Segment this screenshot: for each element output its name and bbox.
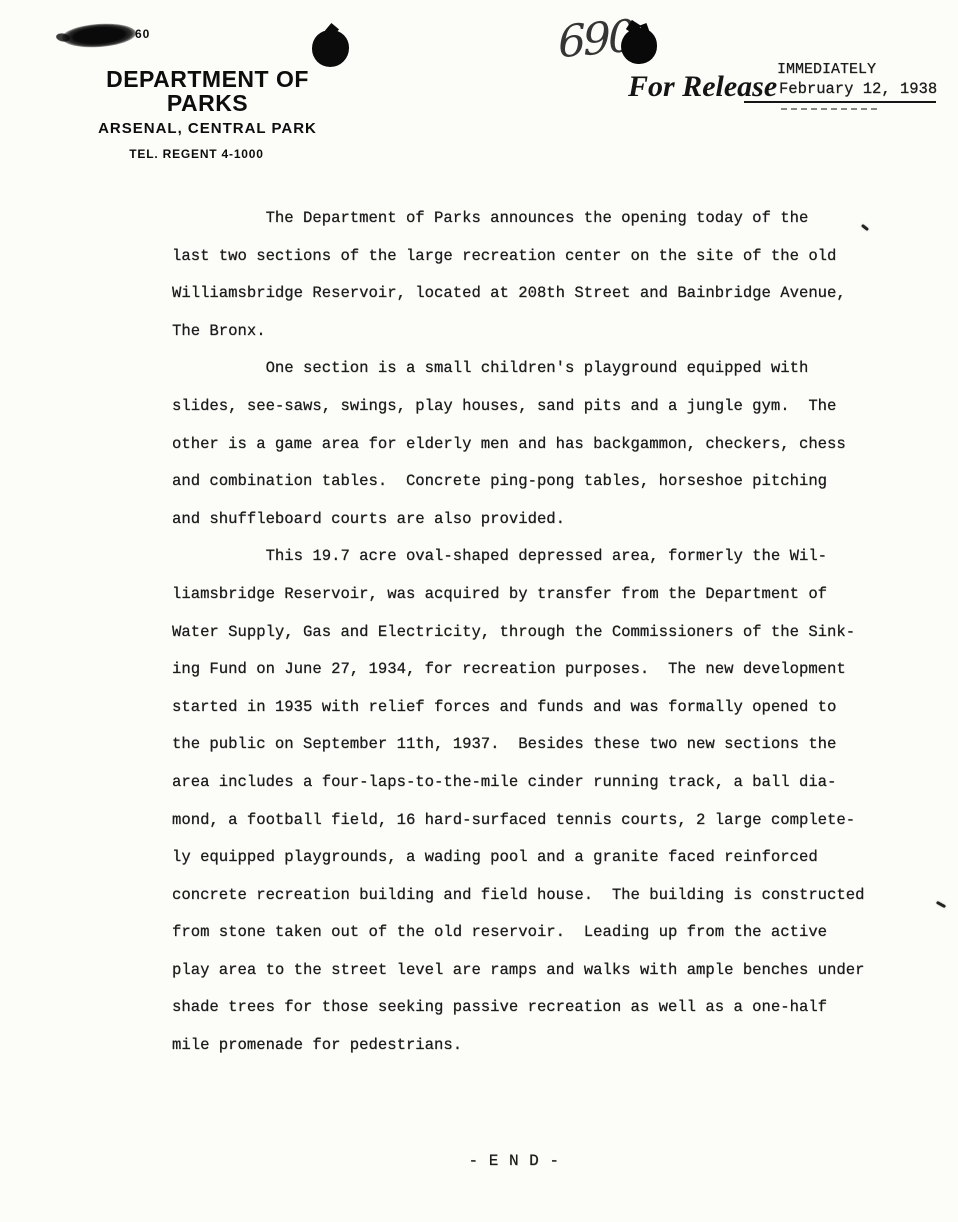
ink-blot-icon [621, 28, 657, 64]
ink-blot-icon [312, 30, 349, 67]
scan-artifact [936, 901, 946, 908]
release-timing: IMMEDIATELY [777, 61, 876, 78]
release-label: For Release [628, 70, 777, 104]
paragraph-history: This 19.7 acre oval-shaped depressed are… [172, 538, 896, 1064]
agency-address: ARSENAL, CENTRAL PARK [70, 120, 345, 137]
paragraph-sections: One section is a small children's playgr… [172, 350, 896, 538]
agency-phone: TEL. REGENT 4-1000 [59, 147, 334, 161]
paragraph-opening: The Department of Parks announces the op… [172, 200, 896, 350]
release-underline [744, 101, 936, 103]
release-date: February 12, 1938 [779, 80, 937, 98]
press-release-page: 60 DEPARTMENT OF PARKS ARSENAL, CENTRAL … [0, 0, 958, 1222]
stamp-number: 60 [135, 27, 150, 41]
letterhead: DEPARTMENT OF PARKS ARSENAL, CENTRAL PAR… [70, 67, 345, 161]
release-date-underline [781, 108, 877, 110]
agency-title: DEPARTMENT OF PARKS [70, 67, 345, 115]
document-body: The Department of Parks announces the op… [172, 200, 896, 1065]
obliterated-stamp-icon [61, 21, 136, 49]
end-marker: - E N D - [152, 1152, 876, 1170]
